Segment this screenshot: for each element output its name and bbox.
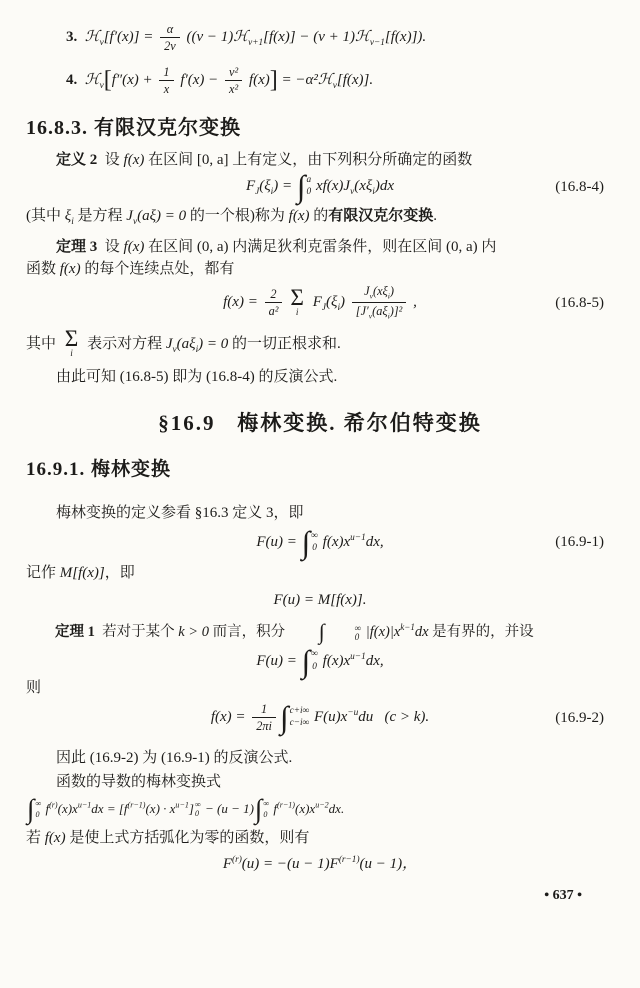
math-run: F(u) = — [256, 653, 300, 669]
formula-line: F(r)(u) = −(u − 1)F(r−1)(u − 1)， — [26, 850, 614, 879]
text-run: 若 — [26, 830, 45, 846]
math-run: f(x) = — [211, 709, 249, 725]
math-run: , — [409, 294, 417, 310]
lower-limit: 0 — [307, 188, 312, 197]
integral: ∫∞0 — [255, 799, 269, 821]
sigma-sign: Σ — [65, 328, 79, 350]
subscript: i — [372, 187, 375, 197]
superscript: (r−1) — [277, 800, 295, 809]
text-run: 函数 — [26, 261, 60, 277]
fraction: ν²x² — [225, 65, 242, 96]
document-content: 3. ℋν[f′(x)] = α2ν ((ν − 1)ℋν+1[f(x)] − … — [26, 22, 614, 878]
line-content: 若 f(x) 是使上式方括弧化为零的函数，则有 — [26, 830, 309, 846]
sigma-sign: Σ — [290, 287, 304, 309]
text-run: 表示对方程 — [83, 336, 166, 352]
text-run: 函数的导数的梅林变换式 — [56, 774, 221, 790]
formula-line: F(u) = ∫∞0 f(x)xu−1dx,(16.9-1) — [26, 527, 614, 558]
line-content: (其中 ξi 是方程 Jν(aξ) = 0 的一个根)称为 f(x) 的有限汉克… — [26, 208, 437, 224]
subscript: ν — [133, 217, 137, 227]
math-run: ξi — [65, 208, 74, 224]
upper-limit: c+i∞ — [290, 707, 310, 716]
para-line: 由此可知 (16.8-5) 即为 (16.8-4) 的反演公式. — [26, 366, 614, 389]
integral-limits: ∞0 — [326, 624, 361, 640]
math-run: = −α²ℋν[f(x)]. — [278, 72, 373, 88]
upper-limit: a — [307, 176, 312, 185]
superscript: k−1 — [400, 622, 415, 632]
integral-limits: ∞0 — [263, 800, 269, 819]
formula-line: F(u) = ∫∞0 f(x)xu−1dx, — [26, 646, 614, 677]
math-run: f(x) — [124, 239, 145, 255]
math-run: F(r)(u) = −(u − 1)F(r−1)(u − 1)， — [223, 856, 417, 872]
integral: ∫∞0 — [302, 649, 318, 674]
bold-run: 4. — [66, 72, 85, 88]
math-run: ℋν — [85, 72, 104, 88]
equation-tag: (16.9-1) — [555, 531, 604, 554]
math-run: |f(x)|xk−1dx — [362, 624, 428, 640]
text-run: 若对于某个 — [95, 624, 178, 640]
formula-line: f(x) = 2a²Σi FJ(ξi) Jν(xξi)[J′ν(aξi)]² ,… — [26, 281, 614, 324]
text-run: 的每个连续点处，都有 — [81, 261, 235, 277]
summation: Σi — [65, 328, 79, 359]
h2-line: 16.8.3. 有限汉克尔变换 — [26, 113, 614, 143]
superscript: u−1 — [175, 800, 188, 809]
bold-run: 3. — [66, 29, 85, 45]
summation: Σi — [290, 287, 304, 318]
math-run: Jν(aξi) = 0 — [166, 336, 228, 352]
para-line: 若 f(x) 是使上式方括弧化为零的函数，则有 — [26, 827, 614, 850]
para-line: 其中 Σi 表示对方程 Jν(aξi) = 0 的一切正根求和. — [26, 328, 614, 359]
superscript: (r−1) — [128, 800, 146, 809]
math-run: F(u) = M[f(x)]. — [273, 592, 366, 608]
bold-run: 定义 2 — [56, 152, 97, 168]
denominator: 2ν — [160, 38, 180, 53]
para-line: 定义 2 设 f(x) 在区间 [0, a] 上有定义，由下列积分所确定的函数 — [26, 149, 614, 172]
bold-run: 定理 3 — [56, 239, 97, 255]
lower-limit: c−i∞ — [290, 719, 310, 728]
superscript: (r) — [49, 800, 58, 809]
text-run: 是方程 — [74, 208, 127, 224]
equation-tag: (16.9-2) — [555, 707, 604, 730]
text-run: 是使上式方括弧化为零的函数，则有 — [66, 830, 310, 846]
integral-sign: ∫ — [27, 799, 34, 821]
para-line: 定理 1 若对于某个 k > 0 而言，积分 ∫∞0 |f(x)|xk−1dx … — [26, 621, 614, 644]
subscript: ν+1 — [248, 38, 263, 48]
text-run: 设 — [97, 152, 123, 168]
line-content: 其中 Σi 表示对方程 Jν(aξi) = 0 的一切正根求和. — [26, 336, 341, 352]
big-bracket: ] — [270, 67, 278, 93]
line-content: FJ(ξi) = ∫a0 xf(x)Jν(xξi)dx — [246, 178, 394, 194]
subscript: ν−1 — [370, 38, 385, 48]
formula-line: F(u) = M[f(x)]. — [26, 586, 614, 615]
numerator: ν² — [225, 65, 242, 81]
math-run: xf(x)Jν(xξi)dx — [312, 178, 394, 194]
numerator: 1 — [159, 65, 173, 81]
integral-sign: ∫ — [280, 705, 289, 730]
scanned-book-page: 3. ℋν[f′(x)] = α2ν ((ν − 1)ℋν+1[f(x)] − … — [0, 0, 640, 988]
integral-limits: ∞0 — [311, 532, 318, 553]
math-run: f(x) — [289, 208, 310, 224]
math-run: f(x) — [124, 152, 145, 168]
line-content: 梅林变换的定义参看 §16.3 定义 3，即 — [56, 505, 304, 521]
integral-limits: ∞0 — [35, 800, 41, 819]
subscript: ν — [369, 312, 372, 321]
numerator: 2 — [265, 287, 283, 303]
subscript: i — [196, 345, 199, 355]
subscript: i — [271, 187, 274, 197]
line-content: 4. ℋν[f″(x) + 1x f′(x) − ν²x² f(x)] = −α… — [66, 72, 373, 88]
subscript: ν — [370, 291, 373, 300]
formula-line: ∫∞0 f(r)(x)xu−1dx = [f(r−1)(x) · xu−1]∞0… — [26, 796, 614, 824]
fraction: 12πi — [252, 702, 276, 733]
line-content: F(u) = ∫∞0 f(x)xu−1dx, — [256, 534, 383, 550]
fraction: 1x — [159, 65, 173, 96]
math-run: f(x) — [245, 72, 270, 88]
formula-line: f(x) = 12πi∫c+i∞c−i∞ F(u)x−udu (c > k).(… — [26, 699, 614, 736]
text-run: 而言，积分 — [209, 624, 289, 640]
integral-limits: c+i∞c−i∞ — [290, 707, 310, 728]
upper-limit: ∞ — [311, 650, 318, 659]
subscript: ν — [173, 345, 177, 355]
denominator: [J′ν(aξi)]² — [352, 303, 407, 321]
text-run: 则 — [26, 680, 41, 696]
integral: ∫∞0 — [302, 530, 318, 555]
para-line: 函数的导数的梅林变换式 — [26, 771, 614, 794]
line-content: 因此 (16.9-2) 为 (16.9-1) 的反演公式. — [56, 750, 292, 766]
denominator: x — [159, 81, 173, 96]
line-content: 定理 3 设 f(x) 在区间 (0, a) 内满足狄利克雷条件，则在区间 (0… — [56, 239, 496, 255]
superscript: u−2 — [315, 800, 328, 809]
math-run: Jν(aξ) = 0 — [126, 208, 186, 224]
subscript: J — [255, 187, 259, 197]
math-run: − (u − 1) — [202, 801, 254, 816]
superscript: (r−1) — [339, 855, 360, 865]
item-line: 3. ℋν[f′(x)] = α2ν ((ν − 1)ℋν+1[f(x)] − … — [26, 22, 614, 53]
para-line: 因此 (16.9-2) 为 (16.9-1) 的反演公式. — [26, 747, 614, 770]
equation-tag: (16.8-4) — [555, 176, 604, 199]
text-run: ，即 — [105, 565, 135, 581]
integral: ∫c+i∞c−i∞ — [280, 705, 309, 730]
para-line: (其中 ξi 是方程 Jν(aξ) = 0 的一个根)称为 f(x) 的有限汉克… — [26, 205, 614, 230]
para-line: 函数 f(x) 的每个连续点处，都有 — [26, 258, 614, 281]
integral: ∫a0 — [297, 174, 311, 199]
h1-line: §16.9 梅林变换. 希尔伯特变换 — [26, 408, 614, 440]
math-run: F(u) = — [256, 534, 300, 550]
math-run: k > 0 — [178, 624, 209, 640]
line-content: F(u) = M[f(x)]. — [273, 592, 366, 608]
line-content: f(x) = 12πi∫c+i∞c−i∞ F(u)x−udu (c > k). — [211, 709, 429, 725]
integral-sign: ∫ — [302, 530, 311, 555]
math-run: f″(x) + — [112, 72, 157, 88]
text-run: 的一切正根求和. — [228, 336, 341, 352]
denominator: a² — [265, 303, 283, 318]
formula-line: FJ(ξi) = ∫a0 xf(x)Jν(xξi)dx(16.8-4) — [26, 171, 614, 203]
lower-limit: 0 — [195, 810, 201, 818]
numerator: Jν(xξi) — [352, 284, 407, 303]
text-run: 的 — [309, 208, 328, 224]
denominator: 2πi — [252, 718, 276, 733]
math-run: F(u)x−udu (c > k). — [310, 709, 429, 725]
line-content: F(r)(u) = −(u − 1)F(r−1)(u − 1)， — [223, 856, 417, 872]
numerator: α — [160, 22, 180, 38]
math-run: f(x) = — [223, 294, 261, 310]
integral-limits: ∞0 — [311, 650, 318, 671]
text-run: 由此可知 (16.8-5) 即为 (16.8-4) 的反演公式. — [56, 369, 337, 385]
summation-index: i — [296, 309, 299, 318]
line-content: F(u) = ∫∞0 f(x)xu−1dx, — [256, 653, 383, 669]
para-line: 记作 M[f(x)]，即 — [26, 562, 614, 585]
math-run: f(x) — [60, 261, 81, 277]
lower-limit: 0 — [326, 633, 361, 642]
subscript: i — [337, 303, 340, 313]
text-run: 设 — [97, 239, 123, 255]
upper-limit: ∞ — [311, 532, 318, 541]
bracket-limits: ∞0 — [195, 801, 201, 818]
text-run: 记作 — [26, 565, 60, 581]
math-run: ((ν − 1)ℋν+1[f(x)] − (ν + 1)ℋν−1[f(x)]). — [183, 29, 426, 45]
math-run: ℋν[f′(x)] = — [85, 29, 157, 45]
superscript: −u — [347, 708, 358, 718]
line-content: 由此可知 (16.8-5) 即为 (16.8-4) 的反演公式. — [56, 369, 337, 385]
line-content: f(x) = 2a²Σi FJ(ξi) Jν(xξi)[J′ν(aξi)]² , — [223, 294, 417, 310]
text-run: 是有界的，并设 — [429, 624, 534, 640]
text-run: 梅林变换的定义参看 §16.3 定义 3，即 — [56, 505, 304, 521]
text-run: . — [433, 208, 437, 224]
line-content: 函数 f(x) 的每个连续点处，都有 — [26, 261, 234, 277]
fraction: α2ν — [160, 22, 180, 53]
math-run: f(x)xu−1dx, — [319, 653, 384, 669]
math-run: FJ(ξi) = — [246, 178, 296, 194]
denominator: x² — [225, 81, 242, 96]
subscript: i — [388, 291, 390, 300]
lower-limit: 0 — [311, 544, 318, 553]
subscript: ν — [350, 187, 354, 197]
line-content: 3. ℋν[f′(x)] = α2ν ((ν − 1)ℋν+1[f(x)] − … — [66, 29, 426, 45]
superscript: (r) — [232, 855, 242, 865]
text-run: 在区间 [0, a] 上有定义，由下列积分所确定的函数 — [144, 152, 472, 168]
subscript: J — [322, 303, 326, 313]
integral-limits: a0 — [307, 176, 312, 197]
text-run: 在区间 (0, a) 内满足狄利克雷条件，则在区间 (0, a) 内 — [144, 239, 496, 255]
subscript: i — [388, 312, 390, 321]
equation-tag: (16.8-5) — [555, 291, 604, 314]
integral-sign: ∫ — [290, 624, 325, 641]
bold-run: 有限汉克尔变换 — [328, 208, 433, 224]
subscript: ν — [100, 38, 104, 48]
math-run: f(x)xu−1dx, — [319, 534, 384, 550]
integral: ∫∞0 — [290, 624, 361, 641]
line-content: 函数的导数的梅林变换式 — [56, 774, 221, 790]
superscript: u−1 — [78, 800, 91, 809]
subscript: ν — [333, 81, 337, 91]
para-line: 则 — [26, 677, 614, 700]
line-content: 定理 1 若对于某个 k > 0 而言，积分 ∫∞0 |f(x)|xk−1dx … — [55, 624, 534, 640]
line-content: 记作 M[f(x)]，即 — [26, 565, 135, 581]
text-run: 因此 (16.9-2) 为 (16.9-1) 的反演公式. — [56, 750, 292, 766]
integral: ∫∞0 — [27, 799, 41, 821]
upper-limit: ∞ — [263, 800, 269, 808]
fraction: Jν(xξi)[J′ν(aξi)]² — [352, 284, 407, 321]
line-content: 则 — [26, 680, 41, 696]
item-line: 4. ℋν[f″(x) + 1x f′(x) − ν²x² f(x)] = −α… — [26, 65, 614, 96]
para-line: 定理 3 设 f(x) 在区间 (0, a) 内满足狄利克雷条件，则在区间 (0… — [26, 236, 614, 259]
text-run: 的一个根)称为 — [186, 208, 289, 224]
math-run: f′(x) − — [177, 72, 222, 88]
upper-limit: ∞ — [35, 800, 41, 808]
lower-limit: 0 — [35, 811, 41, 819]
h3-line: 16.9.1. 梅林变换 — [26, 456, 614, 485]
superscript: u−1 — [350, 533, 366, 543]
line-content: ∫∞0 f(r)(x)xu−1dx = [f(r−1)(x) · xu−1]∞0… — [26, 801, 344, 816]
integral-sign: ∫ — [297, 174, 306, 199]
para-line: 梅林变换的定义参看 §16.3 定义 3，即 — [26, 502, 614, 525]
math-run: f(r)(x)xu−1dx = [f(r−1)(x) · xu−1] — [42, 801, 194, 816]
summation-index: i — [70, 350, 73, 359]
lower-limit: 0 — [263, 811, 269, 819]
text-run: (其中 — [26, 208, 65, 224]
numerator: 1 — [252, 702, 276, 718]
superscript: u−1 — [350, 652, 366, 662]
line-content: 定义 2 设 f(x) 在区间 [0, a] 上有定义，由下列积分所确定的函数 — [56, 152, 472, 168]
math-run: M[f(x)] — [60, 565, 105, 581]
math-run: f(x) — [45, 830, 66, 846]
page-number: • 637 • — [26, 888, 614, 904]
math-run: f(r−1)(x)xu−2dx. — [270, 801, 344, 816]
bold-run: 定理 1 — [55, 624, 95, 640]
big-bracket: [ — [104, 67, 112, 93]
lower-limit: 0 — [311, 663, 318, 672]
integral-sign: ∫ — [255, 799, 262, 821]
math-run: FJ(ξi) — [309, 294, 349, 310]
fraction: 2a² — [265, 287, 283, 318]
text-run: 其中 — [26, 336, 60, 352]
integral-sign: ∫ — [302, 649, 311, 674]
